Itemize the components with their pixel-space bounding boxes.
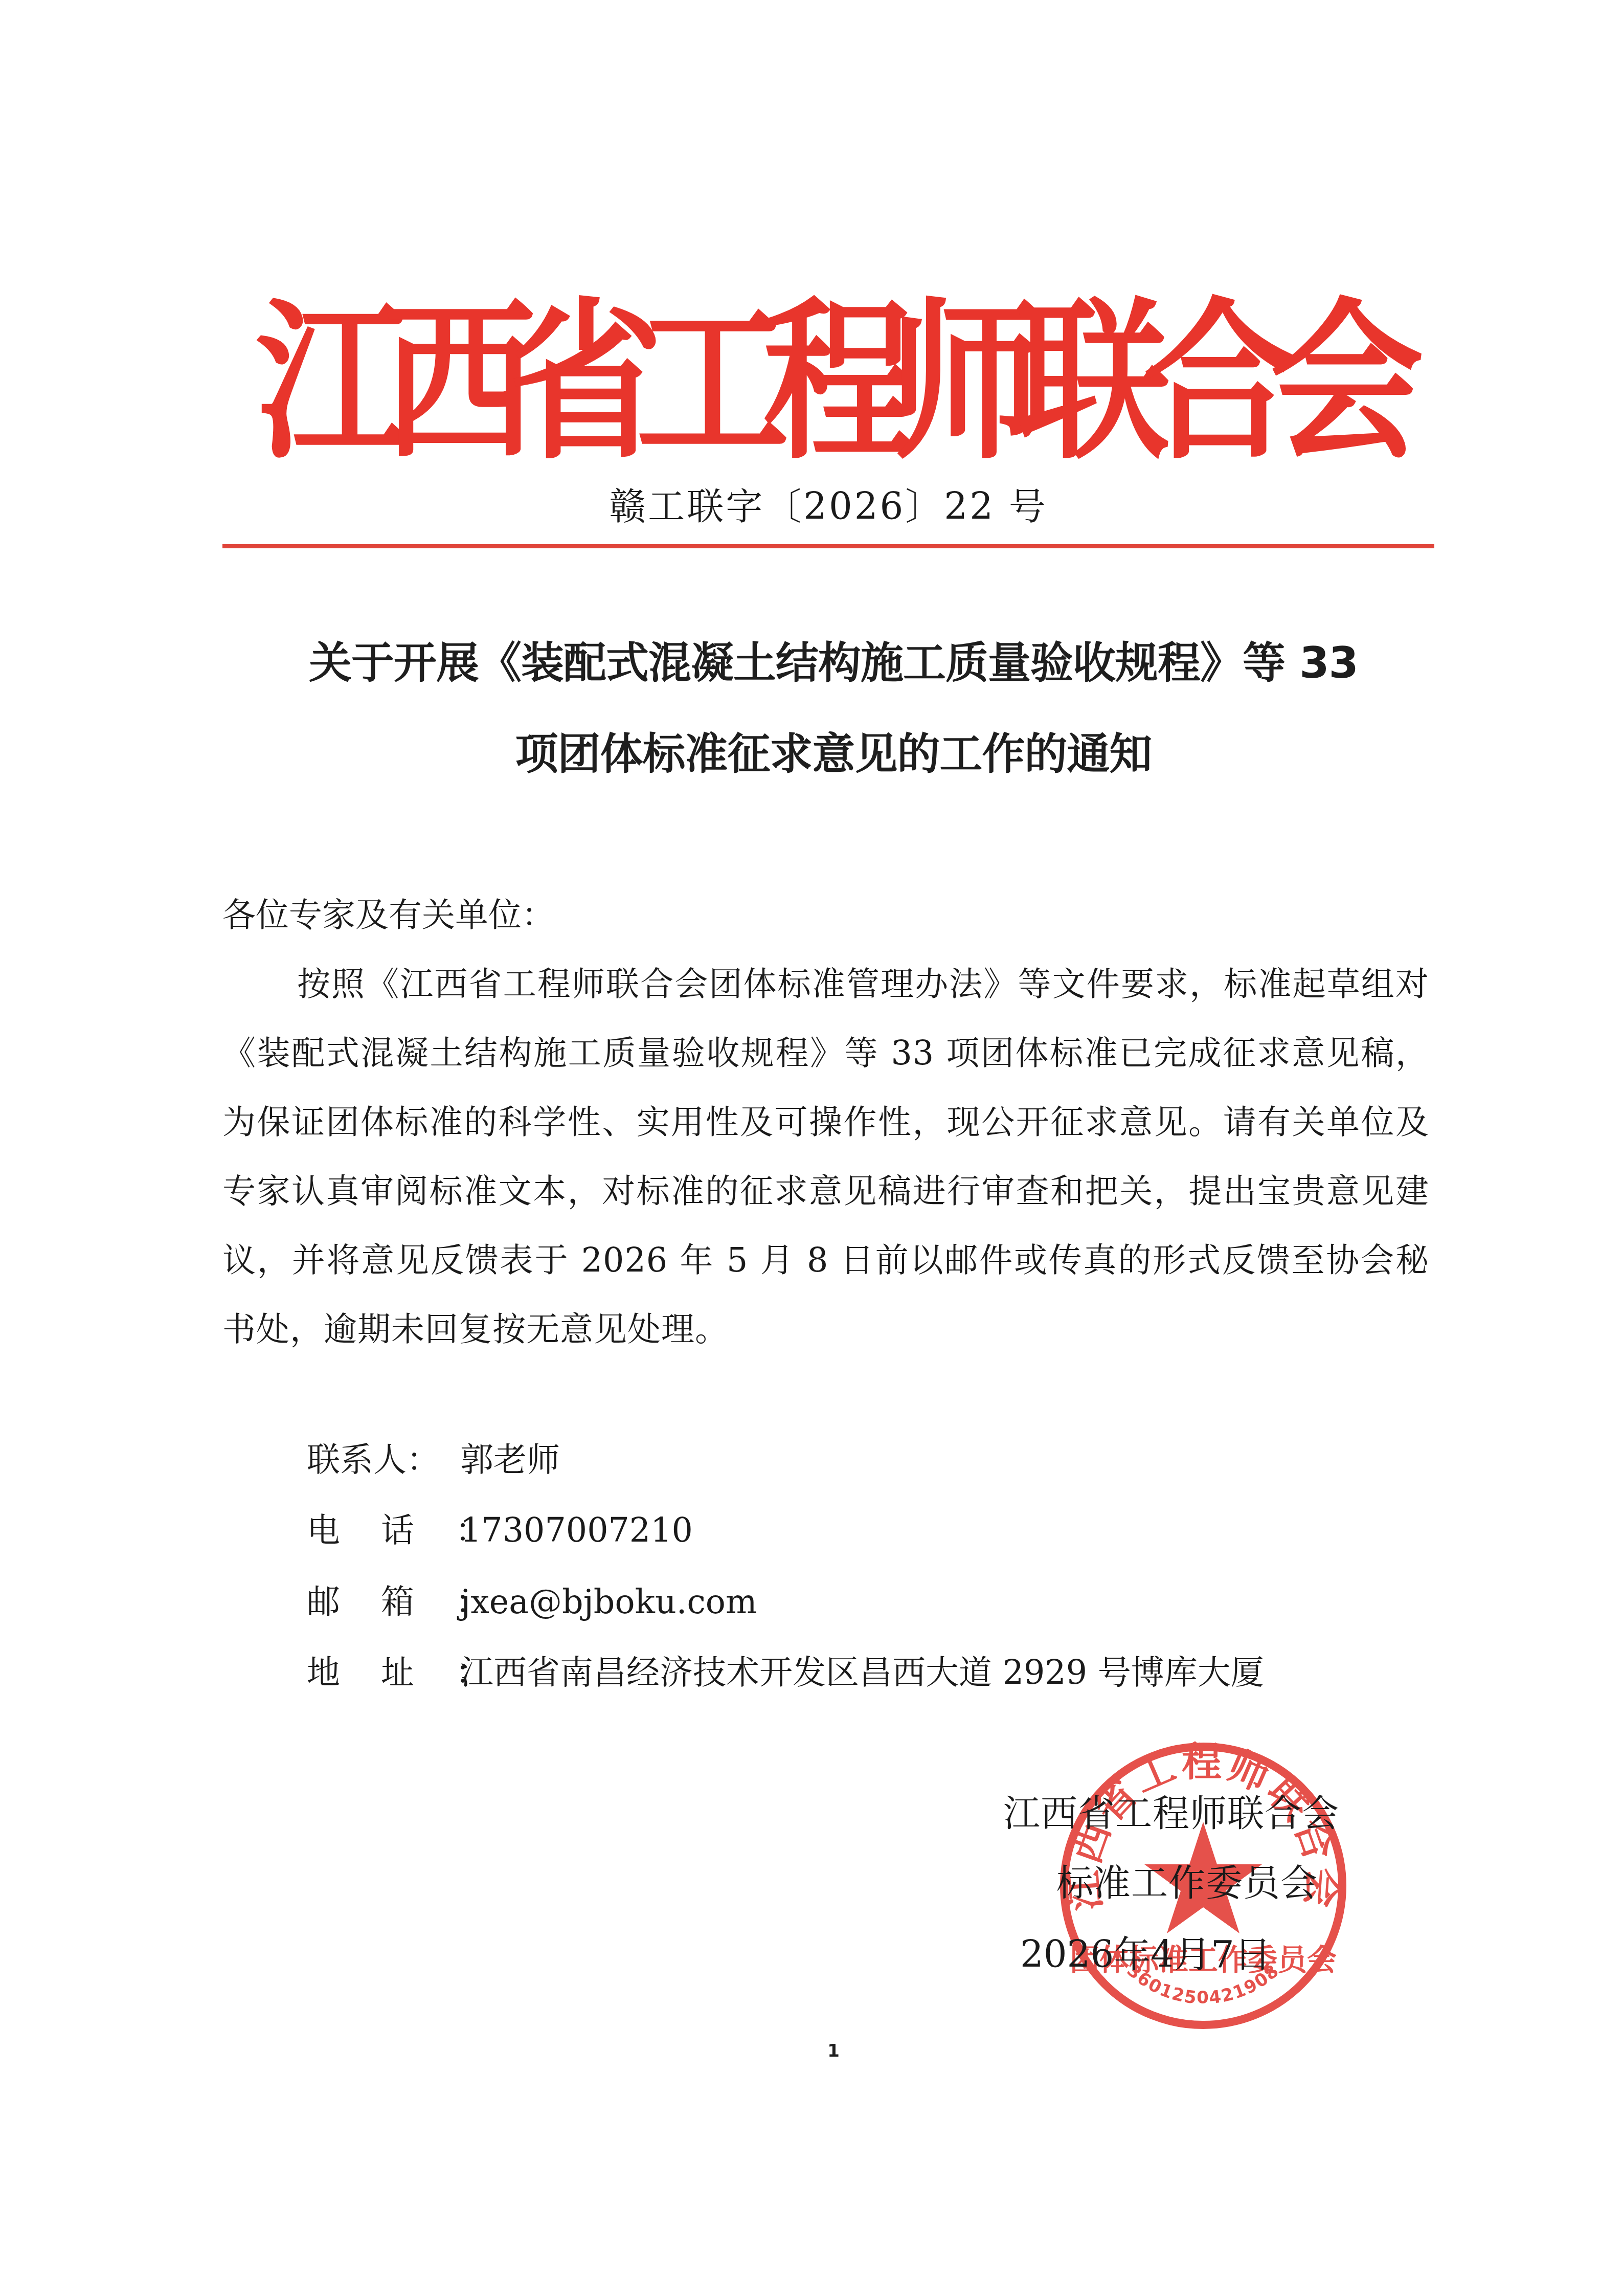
salutation: 各位专家及有关单位：	[222, 881, 1429, 950]
signature-org: 江西省工程师联合会	[1003, 1790, 1339, 1836]
notice-title-line-2: 项团体标准征求意见的工作的通知	[240, 728, 1427, 779]
document-number: 赣工联字〔2026〕22 号	[598, 483, 1058, 529]
contact-phone-value: 17307007210	[460, 1511, 693, 1550]
letterhead-divider	[222, 544, 1434, 548]
contact-phone: 电话：17307007210	[307, 1508, 693, 1554]
signature-date: 2026年4月7日	[1020, 1931, 1271, 1977]
letterhead-org-name: 江西省工程师联合会	[256, 279, 1386, 485]
contact-email-label: 邮箱：	[307, 1579, 460, 1625]
contact-address-value: 江西省南昌经济技术开发区昌西大道 2929 号博库大厦	[460, 1654, 1264, 1692]
contact-person-label: 联系人：	[307, 1437, 460, 1483]
contact-address: 地址：江西省南昌经济技术开发区昌西大道 2929 号博库大厦	[307, 1650, 1264, 1696]
page-number: 1	[818, 2041, 849, 2061]
contact-address-label: 地址：	[307, 1650, 460, 1696]
signature-committee: 标准工作委员会	[1056, 1860, 1318, 1906]
notice-title-line-1: 关于开展《装配式混凝土结构施工质量验收规程》等 33	[240, 637, 1427, 688]
document-page: 江西省工程师联合会 赣工联字〔2026〕22 号 关于开展《装配式混凝土结构施工…	[0, 0, 1623, 2296]
contact-person: 联系人：郭老师	[307, 1437, 560, 1483]
contact-email-value: jxea@bjboku.com	[460, 1583, 757, 1621]
body-paragraph: 按照《江西省工程师联合会团体标准管理办法》等文件要求，标准起草组对《装配式混凝土…	[222, 950, 1429, 1364]
contact-phone-label: 电话：	[307, 1508, 460, 1554]
contact-email: 邮箱：jxea@bjboku.com	[307, 1579, 757, 1625]
contact-person-value: 郭老师	[460, 1441, 560, 1479]
